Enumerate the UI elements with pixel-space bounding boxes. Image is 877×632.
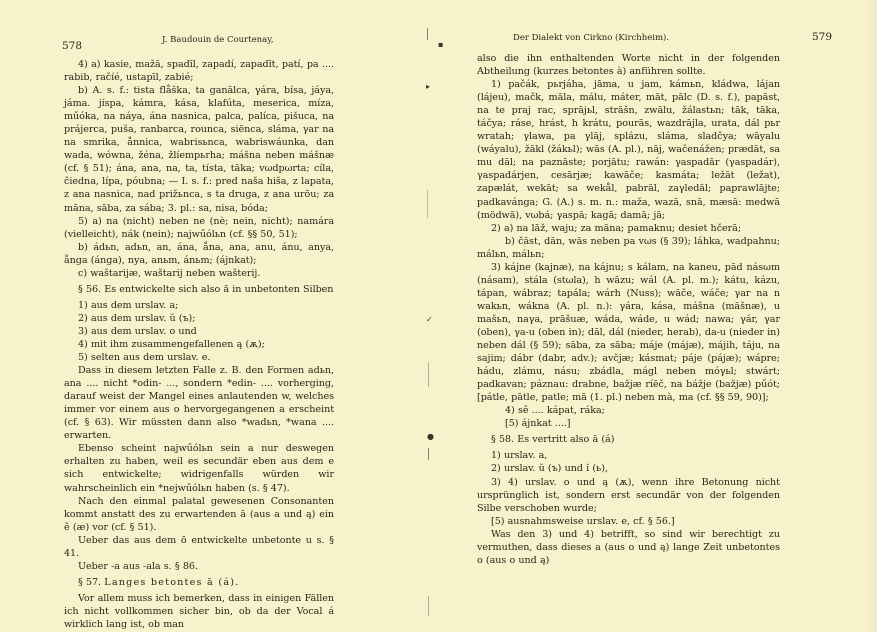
gutter-mark <box>428 596 429 616</box>
list-item: 1) urslav. a, <box>477 449 780 462</box>
paragraph: Ueber -a aus -ala s. § 86. <box>64 560 334 573</box>
gutter-mark <box>428 448 429 460</box>
running-head-right: Der Dialekt von Cirkno (Kirchheim). <box>513 33 669 43</box>
list-item: [5) ausnahmsweise urslav. e, cf. § 56.] <box>477 515 780 528</box>
scan-speck: ● <box>427 432 434 441</box>
paragraph: also die ihn enthaltenden Worte nicht in… <box>477 52 780 78</box>
gutter-mark <box>427 28 428 40</box>
list-item: 4) mit ihm zusammengefallenen ą (ѫ); <box>64 338 334 351</box>
page-number-right: 579 <box>812 31 832 43</box>
gutter-mark <box>427 190 428 218</box>
section-heading-58: § 58. Es vertritt also ā (á) <box>477 433 780 446</box>
running-head-left: J. Baudouin de Courtenay, <box>162 35 274 45</box>
page-edge-shadow <box>865 0 877 632</box>
paragraph: b) ádьn, adьn, an, ána, åna, ana, anu, á… <box>64 241 334 267</box>
paragraph: Was den 3) und 4) betrifft, so sind wir … <box>477 528 780 567</box>
paragraph: Dass in diesem letzten Falle z. B. den F… <box>64 364 334 442</box>
list-item: 3) 4) urslav. o und ą (ѫ), wenn ihre Bet… <box>477 476 780 515</box>
left-page-body: 4) a) kasie, mažā, spadīl, zapadí, zapad… <box>64 58 334 631</box>
right-page-body: also die ihn enthaltenden Worte nicht in… <box>477 52 780 567</box>
section-heading-56: § 56. Es entwickelte sich also ă in unbe… <box>64 283 334 296</box>
scan-speck: ▸ <box>426 82 430 91</box>
section-title: Langes betontes ā (á). <box>104 577 239 588</box>
gutter-mark <box>428 362 429 387</box>
right-page: Der Dialekt von Cirkno (Kirchheim). 579 … <box>438 0 877 632</box>
list-item: 2) urslav. ŭ (ъ) und ĭ (ь), <box>477 462 780 475</box>
paragraph: b) A. s. f.: tista flåška, ta ganālca, γ… <box>64 84 334 214</box>
list-item: 2) aus dem urslav. ŭ (ъ); <box>64 312 334 325</box>
list-item: 4) sě .... kápat, ráka; <box>477 404 780 417</box>
paragraph: Ebenso scheint najwűólьn sein a nur desw… <box>64 442 334 494</box>
paragraph: 5) a) na (nicht) neben ne (nè; nein, nic… <box>64 215 334 241</box>
left-page: 578 J. Baudouin de Courtenay, 4) a) kasi… <box>0 0 438 632</box>
section-heading-57: § 57. Langes betontes ā (á). <box>64 576 334 589</box>
list-item: b) čāst, dān, wās neben pa vωs (§ 39); l… <box>477 235 780 261</box>
scan-speck: ✓ <box>426 315 433 324</box>
list-item: 3) aus dem urslav. o und <box>64 325 334 338</box>
list-item: 5) selten aus dem urslav. e. <box>64 351 334 364</box>
list-item: 2) a) na lāž, waju; za māna; pamaknu; de… <box>477 222 780 235</box>
paragraph: c) waštarijæ, waštarij neben wašterij. <box>64 267 334 280</box>
list-item: 1) aus dem urslav. a; <box>64 299 334 312</box>
list-item: 3) kájne (kajnæ), na kájnu; s kálam, na … <box>477 261 780 405</box>
paragraph: Nach den einmal palatal gewesenen Conson… <box>64 495 334 534</box>
section-number: § 57. <box>78 577 101 588</box>
paragraph: 4) a) kasie, mažā, spadīl, zapadí, zapad… <box>64 58 334 84</box>
list-item: 1) pačák, pьrjáha, jāma, u jam, kámьn, k… <box>477 78 780 222</box>
paragraph: Vor allem muss ich bemerken, dass in ein… <box>64 592 334 631</box>
book-spread: 578 J. Baudouin de Courtenay, 4) a) kasi… <box>0 0 877 632</box>
list-item: [5) ájnkat ....] <box>477 417 780 430</box>
page-number-left: 578 <box>62 40 82 52</box>
paragraph: Ueber das aus dem ō entwickelte unbetont… <box>64 534 334 560</box>
